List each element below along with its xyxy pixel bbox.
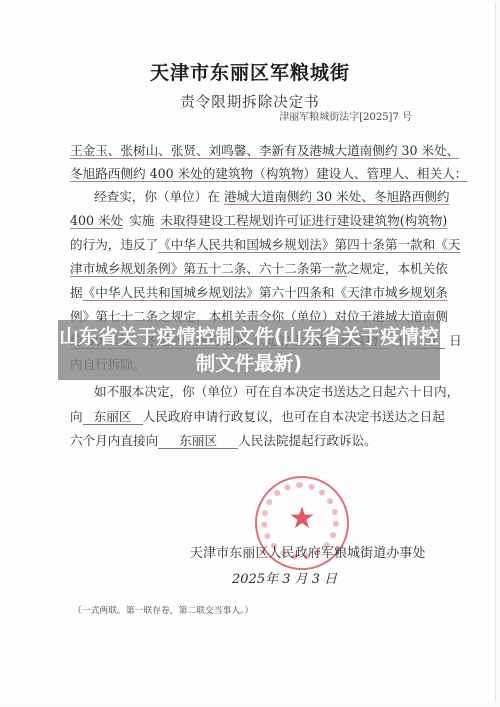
body-line-4: 津市城乡规划条例》第五十二条、六十二条第一款之规定，本机关依 [70, 260, 432, 278]
document-title: 责令限期拆除决定书 [0, 91, 500, 112]
appeal-line-2: 向东丽区人民政府申请行政复议，也可在自本决定书送达之日起 [70, 408, 432, 426]
body-text: 经查实，你（单位）在 [70, 189, 220, 204]
body-text: 如不服本决定，你（单位）可在自本决定书送达之日起六十日内， [70, 384, 459, 399]
body-line-3: 的行为，违反了《中华人民共和国城乡规划法》第四十条第一款和《天 [70, 236, 432, 254]
body-text: 日 [445, 333, 462, 348]
body-line-2: 400 米处实施未取得建设工程规划许可证进行建设建筑物(构筑物) [70, 212, 432, 230]
body-text: 据 [70, 285, 83, 300]
body-text: 的行为，违反了 [70, 237, 158, 252]
appeal-line-1: 如不服本决定，你（单位）可在自本决定书送达之日起六十日内， [70, 383, 432, 401]
issuing-organization-title: 天津市东丽区军粮城街 [0, 58, 500, 85]
body-text: 人民政府申请行政复议，也可在自本决定书送达之日起 [143, 409, 445, 424]
signing-date: 2025年 3 月 3 日 [232, 568, 337, 587]
addressee-line-2: 冬旭路西侧约 400 米处的建筑物（构筑物）建设人、管理人、相关人： [70, 165, 432, 183]
caption-overlay-text: 山东省关于疫情控制文件(山东省关于疫情控制文件最新) [58, 323, 440, 377]
violation-field: 未取得建设工程规划许可证进行建设建筑物(构筑物) [156, 213, 447, 228]
district-field: 东丽区 [83, 409, 143, 425]
body-text: 向 [70, 409, 83, 424]
addressee-text: 冬旭路西侧约 400 米处的建筑物（构筑物）建设人、管理人、相关人： [70, 166, 467, 181]
addressee-text: 王金玉、张树山、张贤、刘鸣馨、李新有及港城大道南侧约 30 米处、 [70, 143, 459, 158]
signing-authority: 天津市东丽区人民政府军粮城街道办事处 [190, 542, 426, 561]
body-text: 六个月内直接向 [70, 433, 158, 448]
star-icon: ★ [257, 504, 347, 534]
law-reference: 津市城乡规划条例》第五十二条、六十二条第一款 [70, 261, 347, 276]
body-line-5: 据《中华人民共和国城乡规划法》第六十四条和《天津市城乡规划条 [70, 284, 432, 302]
addressee-line-1: 王金玉、张树山、张贤、刘鸣馨、李新有及港城大道南侧约 30 米处、 [70, 142, 432, 160]
document-number: 津丽军粮城街法字[2025]7 号 [279, 108, 412, 123]
law-reference: 《中华人民共和国城乡规划法》第四十条第一款和《天 [158, 237, 460, 252]
body-line-1: 经查实，你（单位）在港城大道南侧约 30 米处、冬旭路西侧约 [70, 188, 432, 206]
body-text: 实施 [123, 213, 156, 228]
location-field: 港城大道南侧约 30 米处、冬旭路西侧约 [220, 189, 450, 204]
law-reference: 《中华人民共和国城乡规划法》第六十四条和《天津市城乡规划条 [83, 285, 448, 300]
body-text: 之规定，本机关依 [347, 261, 448, 276]
copies-footnote: （一式两联。第一联存卷，第二联交当事人。） [73, 603, 253, 616]
location-field: 400 米处 [70, 213, 123, 228]
body-text: 人民法院提起行政诉讼。 [238, 433, 377, 448]
appeal-line-3: 六个月内直接向东丽区人民法院提起行政诉讼。 [70, 432, 432, 450]
district-field: 东丽区 [158, 433, 238, 449]
